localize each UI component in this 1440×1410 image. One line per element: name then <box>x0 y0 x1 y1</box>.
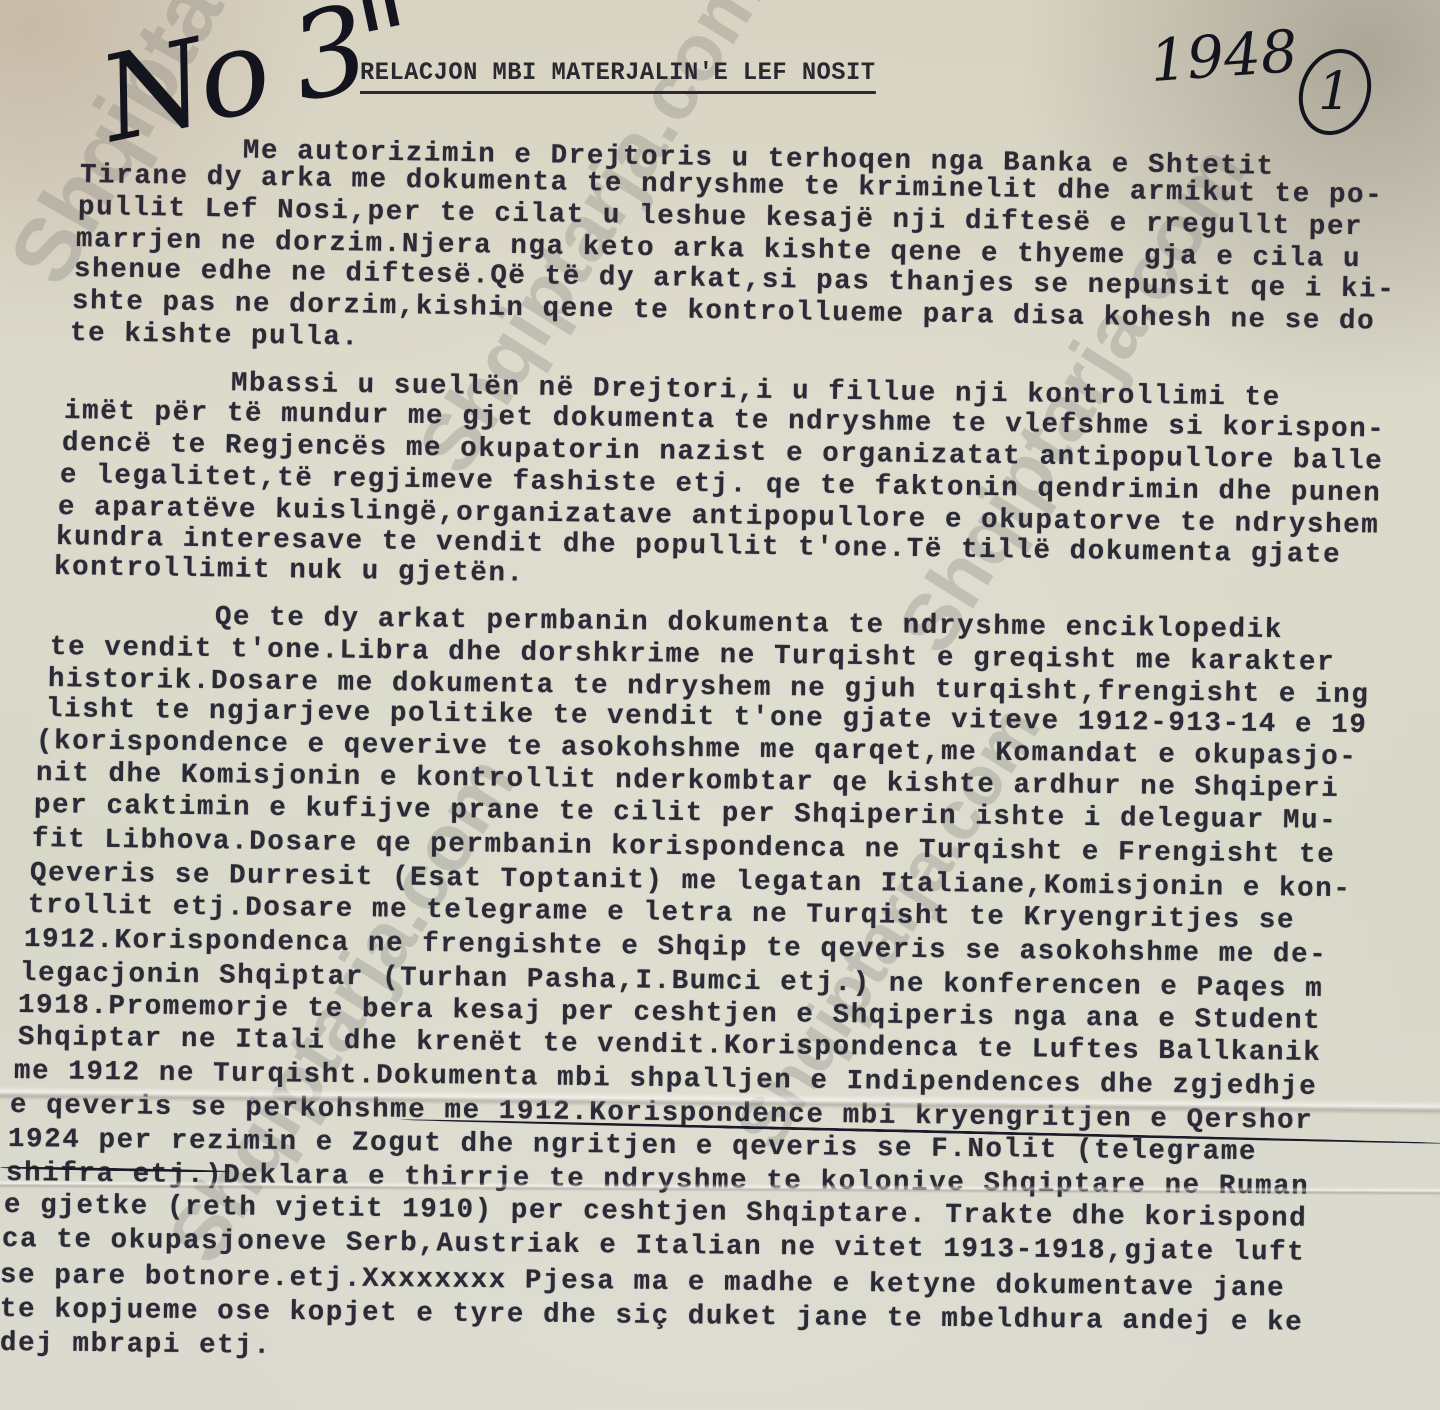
document-line: dej mbrapi etj. <box>0 1328 272 1362</box>
page-number-text: 1 <box>1318 62 1351 122</box>
document-line: te kishte pulla. <box>70 318 360 354</box>
handwritten-year: 1948 <box>1148 17 1300 95</box>
document-line: kontrollimit nuk u gjetën. <box>54 552 525 590</box>
document-title: RELACJON MBI MATERJALIN'E LEF NOSIT <box>360 58 875 94</box>
